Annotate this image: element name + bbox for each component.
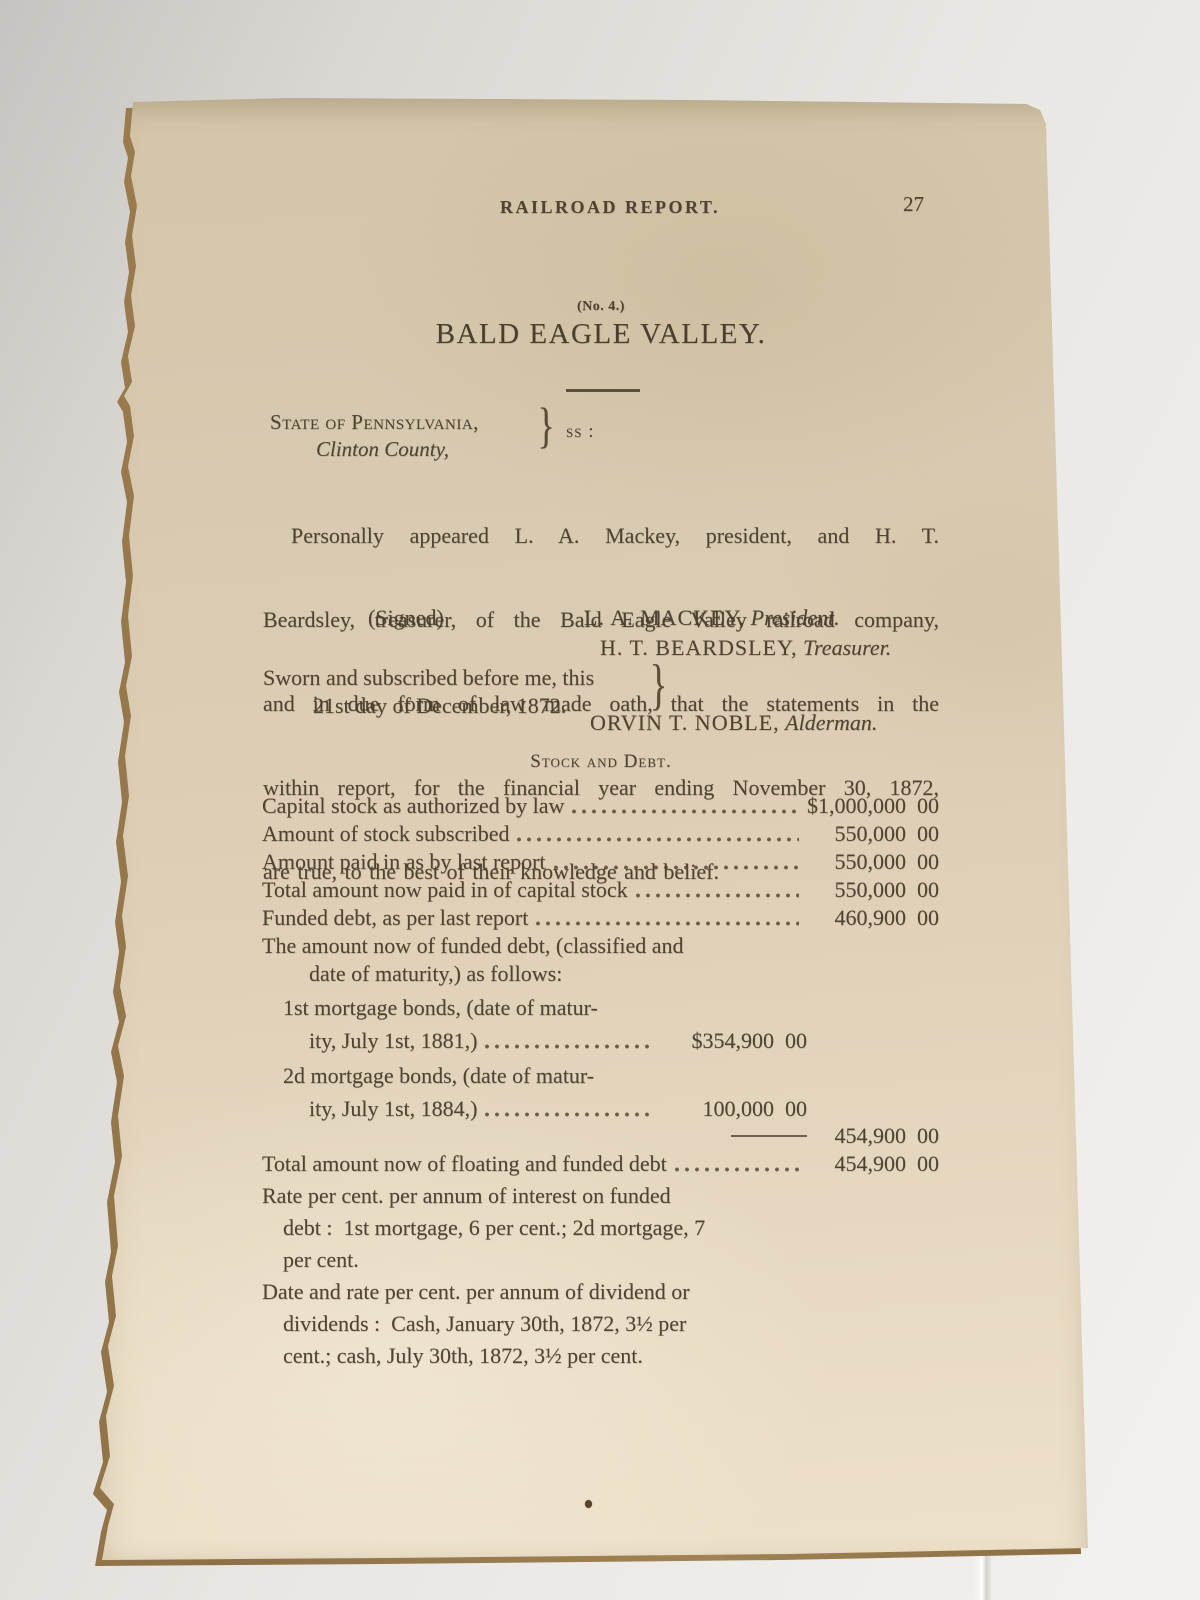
- row-amount: 460,900 00: [807, 904, 939, 932]
- ledger-row: ity, July 1st, 1884,)100,000 00: [262, 1095, 939, 1123]
- ledger-row: ity, July 1st, 1881,)$354,900 00: [262, 1027, 939, 1055]
- row-label: Total amount now paid in of capital stoc…: [262, 876, 628, 904]
- row-label: 1st mortgage bonds, (date of matur-: [262, 994, 598, 1022]
- report-number: (No. 4.): [263, 299, 939, 315]
- photo-background: RAILROAD REPORT. 27 (No. 4.) BALD EAGLE …: [0, 0, 1200, 1600]
- row-label: cent.; cash, July 30th, 1872, 3½ per cen…: [262, 1342, 643, 1370]
- row-amount: $1,000,000 00: [807, 792, 939, 820]
- ledger-row: Rate per cent. per annum of interest on …: [262, 1182, 939, 1210]
- row-label: per cent.: [262, 1246, 359, 1274]
- leader-dots: [553, 864, 799, 871]
- treasurer-name: H. T. BEARDSLEY,: [600, 635, 798, 660]
- ledger-row: The amount now of funded debt, (classifi…: [262, 932, 939, 960]
- ink-spot: [585, 1500, 592, 1508]
- treasurer-title: Treasurer.: [803, 635, 891, 660]
- paragraph-line: Personally appeared L. A. Mackey, presid…: [263, 522, 939, 550]
- sworn-brace: }: [650, 657, 668, 713]
- page-title: BALD EAGLE VALLEY.: [263, 318, 939, 351]
- row-amount: 550,000 00: [807, 820, 939, 848]
- leader-dots: [516, 836, 799, 843]
- leader-dots: [571, 808, 799, 815]
- venue-brace: }: [537, 400, 554, 450]
- leader-dots: [635, 892, 799, 899]
- ledger-row: Funded debt, as per last report460,900 0…: [262, 904, 939, 932]
- leader-dots: [484, 1043, 649, 1050]
- ledger-row: Date and rate per cent. per annum of div…: [262, 1278, 939, 1306]
- notary-signature: ORVIN T. NOBLE, Alderman.: [590, 709, 877, 737]
- row-label: ity, July 1st, 1881,): [262, 1027, 477, 1055]
- ledger-row: debt : 1st mortgage, 6 per cent.; 2d mor…: [262, 1214, 939, 1242]
- running-title: RAILROAD REPORT.: [500, 197, 720, 218]
- signature-president: L. A. MACKEY, President.: [584, 604, 840, 632]
- county-line: Clinton County,: [316, 437, 449, 462]
- ledger-row: Amount of stock subscribed550,000 00: [262, 820, 939, 848]
- state-line: State of Pennsylvania,: [270, 410, 479, 435]
- row-amount: 550,000 00: [807, 876, 939, 904]
- ledger-row: 2d mortgage bonds, (date of matur-: [262, 1062, 939, 1090]
- ledger-row: dividends : Cash, January 30th, 1872, 3½…: [262, 1310, 939, 1338]
- ledger-row: per cent.: [262, 1246, 939, 1274]
- row-label: Capital stock as authorized by law: [262, 792, 564, 820]
- row-sub-amount: $354,900 00: [657, 1027, 807, 1055]
- row-label: Total amount now of floating and funded …: [262, 1150, 667, 1178]
- row-label: dividends : Cash, January 30th, 1872, 3½…: [262, 1310, 686, 1338]
- ledger-row: cent.; cash, July 30th, 1872, 3½ per cen…: [262, 1342, 939, 1370]
- president-name: L. A. MACKEY,: [584, 605, 745, 630]
- ledger-row: 1st mortgage bonds, (date of matur-: [262, 994, 939, 1022]
- row-label: Rate per cent. per annum of interest on …: [262, 1182, 671, 1210]
- signed-label: (Signed): [368, 605, 444, 631]
- sworn-line-1: Sworn and subscribed before me, this: [263, 664, 594, 692]
- leader-dots: [535, 920, 799, 927]
- row-label: Amount of stock subscribed: [262, 820, 509, 848]
- ledger-row: Total amount now of floating and funded …: [262, 1150, 939, 1178]
- notary-title: Alderman.: [785, 710, 877, 735]
- page-number: 27: [903, 192, 924, 217]
- ledger-row: Amount paid in as by last report550,000 …: [262, 848, 939, 876]
- ledger-row: date of maturity,) as follows:: [262, 960, 939, 988]
- sworn-line-2: 21st day of December, 1872.: [313, 692, 566, 720]
- row-label: 2d mortgage bonds, (date of matur-: [262, 1062, 594, 1090]
- signature-treasurer: H. T. BEARDSLEY, Treasurer.: [600, 634, 891, 662]
- row-label: Amount paid in as by last report: [262, 848, 546, 876]
- notary-name: ORVIN T. NOBLE,: [590, 710, 780, 735]
- leader-dots: [484, 1111, 649, 1118]
- section-heading: Stock and Debt.: [263, 751, 939, 773]
- row-sub-amount: 100,000 00: [657, 1095, 807, 1123]
- row-amount: 550,000 00: [807, 848, 939, 876]
- row-label: The amount now of funded debt, (classifi…: [262, 932, 684, 960]
- row-label: ity, July 1st, 1884,): [262, 1095, 477, 1123]
- row-label: date of maturity,) as follows:: [262, 960, 562, 988]
- row-label: Funded debt, as per last report: [262, 904, 528, 932]
- ledger-row: Capital stock as authorized by law$1,000…: [262, 792, 939, 820]
- leader-dots: [674, 1166, 799, 1173]
- title-rule: [566, 389, 640, 392]
- row-amount: 454,900 00: [807, 1122, 939, 1150]
- row-label: debt : 1st mortgage, 6 per cent.; 2d mor…: [262, 1214, 705, 1242]
- row-amount: 454,900 00: [807, 1150, 939, 1178]
- torn-fibers: [81, 90, 119, 1576]
- row-label: Date and rate per cent. per annum of div…: [262, 1278, 690, 1306]
- sum-rule: [657, 1122, 807, 1137]
- president-title: President.: [751, 605, 840, 630]
- ledger-row: 454,900 00: [262, 1122, 939, 1150]
- ledger-row: Total amount now paid in of capital stoc…: [262, 876, 939, 904]
- ss-label: ss :: [566, 421, 595, 443]
